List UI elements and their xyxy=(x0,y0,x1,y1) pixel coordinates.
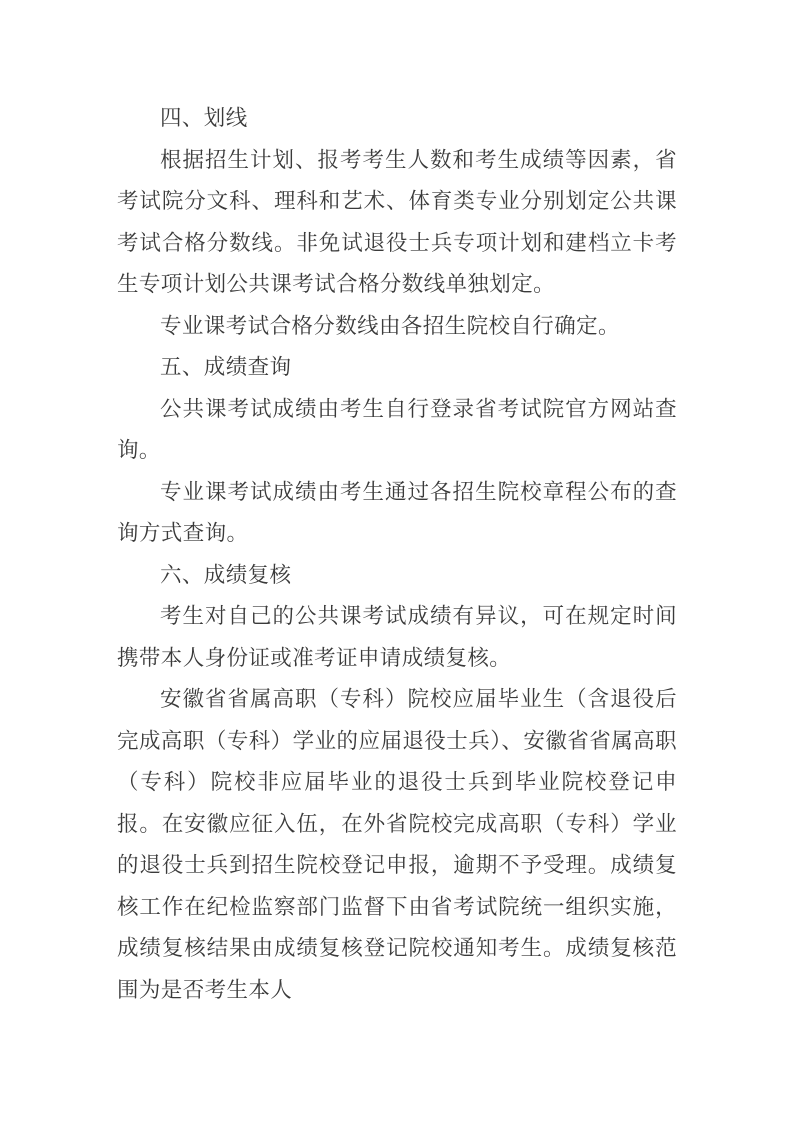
paragraph-review-request: 考生对自己的公共课考试成绩有异议，可在规定时间携带本人身份证或准考证申请成绩复核… xyxy=(117,596,677,679)
document-page: 四、划线 根据招生计划、报考考生人数和考生成绩等因素，省考试院分文科、理科和艺术… xyxy=(117,98,677,1011)
paragraph-public-score-query: 公共课考试成绩由考生自行登录省考试院官方网站查询。 xyxy=(117,389,677,472)
section-heading-cut-off-lines: 四、划线 xyxy=(117,98,677,140)
paragraph-professional-score-query: 专业课考试成绩由考生通过各招生院校章程公布的查询方式查询。 xyxy=(117,472,677,555)
section-heading-score-review: 六、成绩复核 xyxy=(117,555,677,597)
paragraph-professional-cutoff: 专业课考试合格分数线由各招生院校自行确定。 xyxy=(117,306,677,348)
section-heading-score-query: 五、成绩查询 xyxy=(117,347,677,389)
paragraph-review-registration: 安徽省省属高职（专科）院校应届毕业生（含退役后完成高职（专科）学业的应届退役士兵… xyxy=(117,679,677,1011)
paragraph-cut-off-rules: 根据招生计划、报考考生人数和考生成绩等因素，省考试院分文科、理科和艺术、体育类专… xyxy=(117,140,677,306)
